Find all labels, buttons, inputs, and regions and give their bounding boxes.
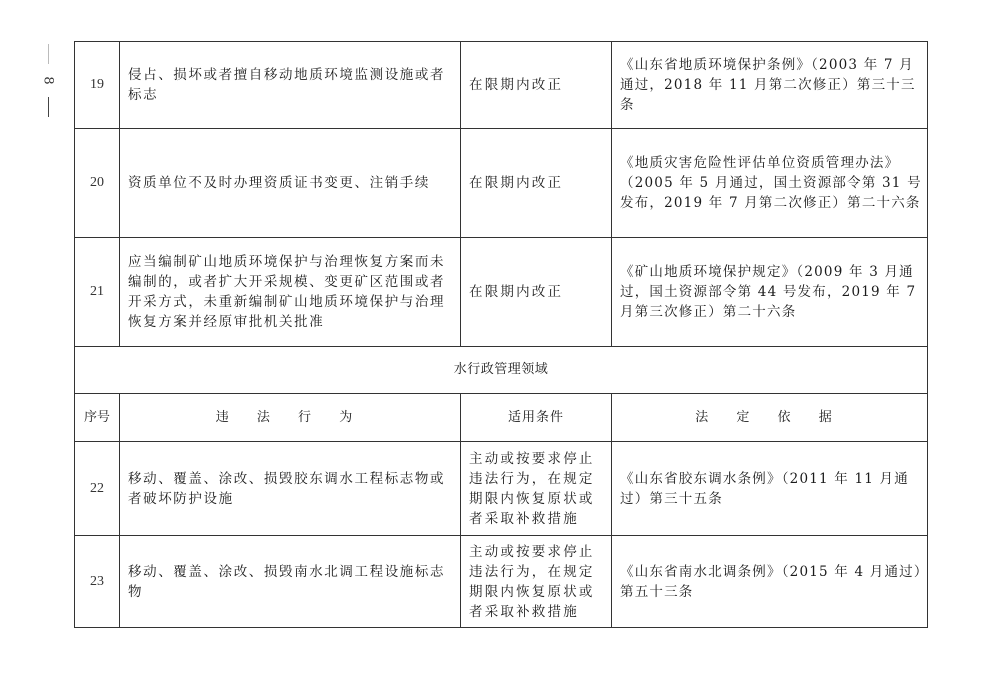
table-header-row: 序号 违 法 行 为 适用条件 法 定 依 据 xyxy=(75,394,928,442)
condition-cell: 主动或按要求停止违法行为，在规定期限内恢复原状或者采取补救措施 xyxy=(461,442,612,536)
legal-basis-cell: 《矿山地质环境保护规定》（2009 年 3 月通过，国土资源部令第 44 号发布… xyxy=(612,238,928,347)
violations-table: 19 侵占、损坏或者擅自移动地质环境监测设施或者标志 在限期内改正 《山东省地质… xyxy=(74,41,928,628)
condition-cell: 主动或按要求停止违法行为，在规定期限内恢复原状或者采取补救措施 xyxy=(461,536,612,628)
page-number: 8 xyxy=(42,76,55,84)
section-row: 水行政管理领域 xyxy=(75,347,928,394)
table-row: 19 侵占、损坏或者擅自移动地质环境监测设施或者标志 在限期内改正 《山东省地质… xyxy=(75,42,928,129)
table-row: 23 移动、覆盖、涂改、损毁南水北调工程设施标志物 主动或按要求停止违法行为，在… xyxy=(75,536,928,628)
column-header-condition: 适用条件 xyxy=(461,394,612,442)
legal-basis-cell: 《山东省胶东调水条例》（2011 年 11 月通过）第三十五条 xyxy=(612,442,928,536)
page-number-dash-top xyxy=(48,44,49,64)
legal-basis-cell: 《山东省南水北调条例》（2015 年 4 月通过）第五十三条 xyxy=(612,536,928,628)
table-row: 20 资质单位不及时办理资质证书变更、注销手续 在限期内改正 《地质灾害危险性评… xyxy=(75,129,928,238)
legal-basis-cell: 《地质灾害危险性评估单位资质管理办法》（2005 年 5 月通过，国土资源部令第… xyxy=(612,129,928,238)
column-header-violation: 违 法 行 为 xyxy=(120,394,461,442)
violation-cell: 资质单位不及时办理资质证书变更、注销手续 xyxy=(120,129,461,238)
row-number: 22 xyxy=(75,442,120,536)
condition-cell: 在限期内改正 xyxy=(461,129,612,238)
row-number: 23 xyxy=(75,536,120,628)
table-row: 21 应当编制矿山地质环境保护与治理恢复方案而未编制的，或者扩大开采规模、变更矿… xyxy=(75,238,928,347)
section-title: 水行政管理领域 xyxy=(75,347,928,394)
row-number: 20 xyxy=(75,129,120,238)
violation-cell: 侵占、损坏或者擅自移动地质环境监测设施或者标志 xyxy=(120,42,461,129)
violation-cell: 移动、覆盖、涂改、损毁南水北调工程设施标志物 xyxy=(120,536,461,628)
row-number: 21 xyxy=(75,238,120,347)
page-number-dash-bottom xyxy=(48,97,49,117)
violation-cell: 移动、覆盖、涂改、损毁胶东调水工程标志物或者破坏防护设施 xyxy=(120,442,461,536)
condition-cell: 在限期内改正 xyxy=(461,42,612,129)
violation-cell: 应当编制矿山地质环境保护与治理恢复方案而未编制的，或者扩大开采规模、变更矿区范围… xyxy=(120,238,461,347)
row-number: 19 xyxy=(75,42,120,129)
legal-basis-cell: 《山东省地质环境保护条例》（2003 年 7 月通过，2018 年 11 月第二… xyxy=(612,42,928,129)
column-header-no: 序号 xyxy=(75,394,120,442)
column-header-basis: 法 定 依 据 xyxy=(612,394,928,442)
page-number-marker: 8 xyxy=(38,44,58,117)
condition-cell: 在限期内改正 xyxy=(461,238,612,347)
table-row: 22 移动、覆盖、涂改、损毁胶东调水工程标志物或者破坏防护设施 主动或按要求停止… xyxy=(75,442,928,536)
